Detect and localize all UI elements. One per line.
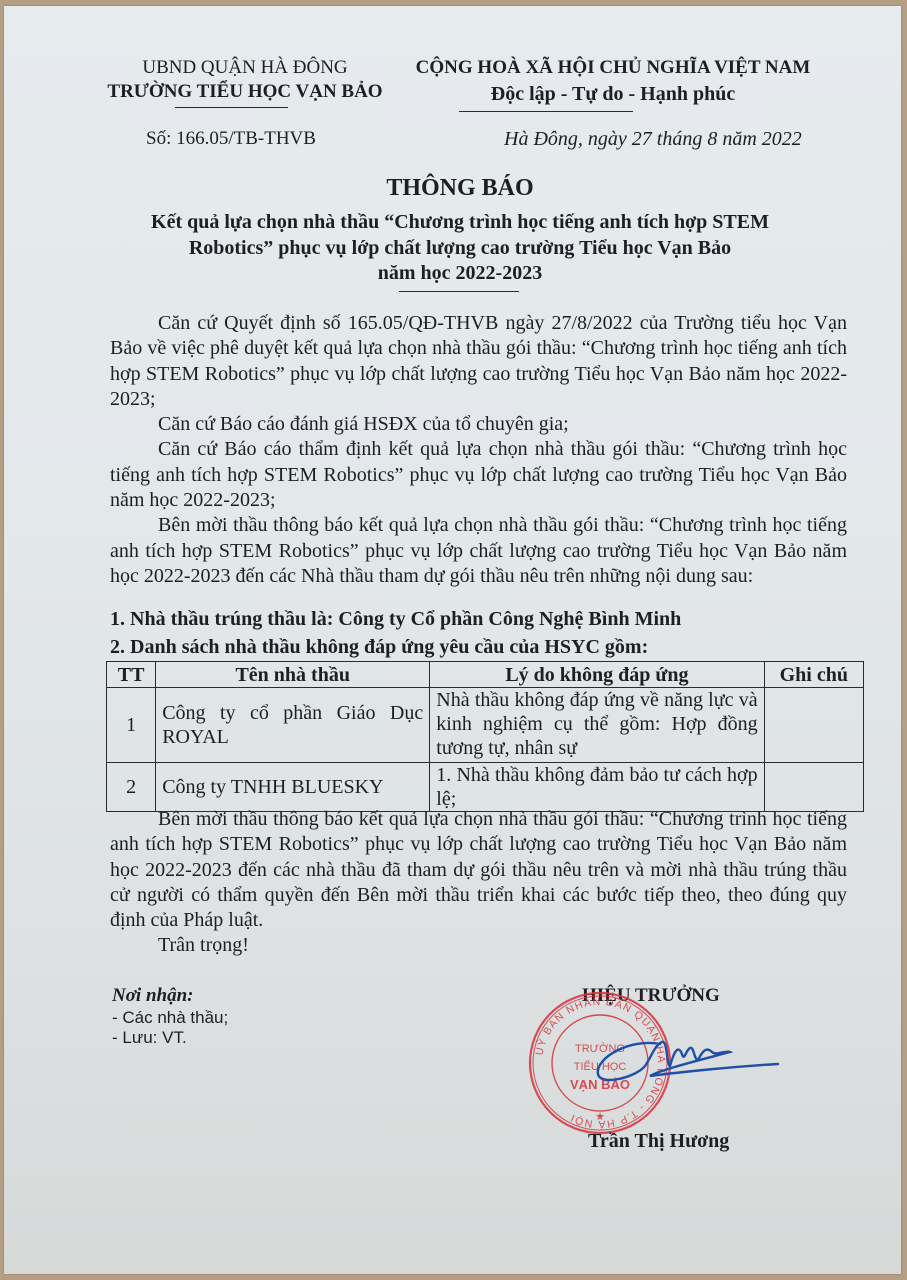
cell-reason: Nhà thầu không đáp ứng về năng lực và ki… [430, 688, 764, 763]
column-header-tt: TT [107, 662, 156, 688]
recipient-item: - Các nhà thầu; [112, 1008, 228, 1028]
nation-name: CỘNG HOÀ XÃ HỘI CHỦ NGHĨA VIỆT NAM [398, 57, 828, 79]
place-date: Hà Đông, ngày 27 tháng 8 năm 2022 [504, 128, 802, 151]
reference-number: Số: 166.05/TB-THVB [146, 128, 316, 150]
national-motto: Độc lập - Tự do - Hạnh phúc [398, 83, 828, 106]
paragraph-evaluation: Căn cứ Báo cáo đánh giá HSĐX của tổ chuy… [110, 412, 847, 437]
paragraph-appraisal: Căn cứ Báo cáo thẩm định kết quả lựa chọ… [110, 437, 847, 513]
recipients-title: Nơi nhận: [112, 985, 193, 1007]
document-subtitle-line3: năm học 2022-2023 [110, 262, 810, 285]
winning-contractor: 1. Nhà thầu trúng thầu là: Công ty Cổ ph… [110, 608, 681, 631]
issuing-authority: UBND QUẬN HÀ ĐÔNG [100, 57, 390, 79]
handwritten-signature-icon [590, 1030, 780, 1090]
paragraph-decision: Căn cứ Quyết định số 165.05/QĐ-THVB ngày… [110, 311, 847, 412]
body-closing: Bên mời thầu thông báo kết quả lựa chọn … [110, 807, 847, 959]
document-title: THÔNG BÁO [110, 175, 810, 202]
document-subtitle-line1: Kết quả lựa chọn nhà thầu “Chương trình … [110, 211, 810, 234]
closing-regards: Trân trọng! [110, 933, 847, 958]
svg-text:★: ★ [595, 1111, 605, 1123]
cell-reason: 1. Nhà thầu không đảm bảo tư cách hợp lệ… [430, 763, 764, 812]
body-intro: Căn cứ Quyết định số 165.05/QĐ-THVB ngày… [110, 311, 847, 589]
table-row: 1 Công ty cổ phần Giáo Dục ROYAL Nhà thầ… [107, 688, 864, 763]
title-underline [399, 291, 519, 292]
cell-contractor: Công ty cổ phần Giáo Dục ROYAL [156, 688, 430, 763]
column-header-contractor: Tên nhà thầu [156, 662, 430, 688]
table-row: 2 Công ty TNHH BLUESKY 1. Nhà thầu không… [107, 763, 864, 812]
paragraph-announcement: Bên mời thầu thông báo kết quả lựa chọn … [110, 513, 847, 589]
cell-tt: 2 [107, 763, 156, 812]
cell-tt: 1 [107, 688, 156, 763]
table-header-row: TT Tên nhà thầu Lý do không đáp ứng Ghi … [107, 662, 864, 688]
cell-note [764, 688, 863, 763]
paragraph-invitation: Bên mời thầu thông báo kết quả lựa chọn … [110, 807, 847, 933]
rejected-contractors-table: TT Tên nhà thầu Lý do không đáp ứng Ghi … [106, 661, 864, 812]
header-right-underline [459, 111, 633, 112]
cell-contractor: Công ty TNHH BLUESKY [156, 763, 430, 812]
recipient-item: - Lưu: VT. [112, 1028, 187, 1048]
signatory-name: Trần Thị Hương [588, 1130, 729, 1153]
header-left-underline [175, 107, 288, 108]
rejected-list-heading: 2. Danh sách nhà thầu không đáp ứng yêu … [110, 636, 648, 659]
document-subtitle-line2: Robotics” phục vụ lớp chất lượng cao trư… [110, 237, 810, 260]
issuing-school: TRƯỜNG TIỂU HỌC VẠN BẢO [100, 81, 390, 103]
column-header-reason: Lý do không đáp ứng [430, 662, 764, 688]
cell-note [764, 763, 863, 812]
column-header-note: Ghi chú [764, 662, 863, 688]
